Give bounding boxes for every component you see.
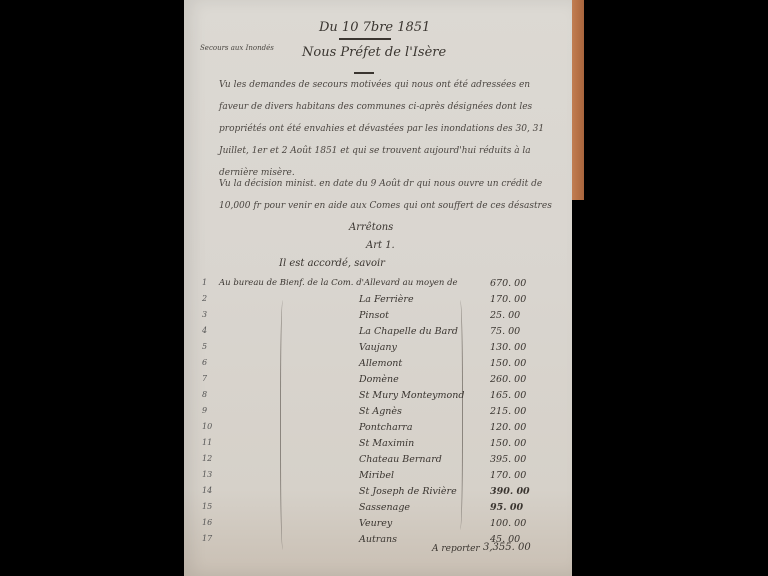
table-row: 15 Sassenage 95. 00 <box>184 502 572 518</box>
table-row: 10 Pontcharra 120. 00 <box>184 422 572 438</box>
table-row: 6 Allemont 150. 00 <box>184 358 572 374</box>
table-row: 3 Pinsot 25. 00 <box>184 310 572 326</box>
table-row: 13 Miribel 170. 00 <box>184 470 572 486</box>
accorde-line: Il est accordé, savoir <box>279 258 385 269</box>
paragraph-2: Vu la décision minist. en date du 9 Août… <box>219 173 559 217</box>
first-line-lead: Au bureau de Bienf. de la Com. d'Allevar… <box>219 278 458 288</box>
table-row: 8 St Mury Monteymond 165. 00 <box>184 390 572 406</box>
table-row: 1 Au bureau de Bienf. de la Com. d'Allev… <box>184 278 572 294</box>
document-page: Secours aux Inondés Du 10 7bre 1851 Nous… <box>184 0 572 576</box>
addressee: Nous Préfet de l'Isère <box>302 45 446 60</box>
arrete-heading: Arrêtons <box>349 222 393 233</box>
table-row: 12 Chateau Bernard 395. 00 <box>184 454 572 470</box>
table-row: 11 St Maximin 150. 00 <box>184 438 572 454</box>
paragraph-1: Vu les demandes de secours motivées qui … <box>219 74 559 184</box>
table-row: 2 La Ferrière 170. 00 <box>184 294 572 310</box>
document-date: Du 10 7bre 1851 <box>319 20 430 35</box>
margin-note: Secours aux Inondés <box>200 44 274 52</box>
table-row: 7 Domène 260. 00 <box>184 374 572 390</box>
total-label: A reporter <box>432 544 480 554</box>
table-row: 5 Vaujany 130. 00 <box>184 342 572 358</box>
article-heading: Art 1. <box>366 240 395 251</box>
table-row: 9 St Agnès 215. 00 <box>184 406 572 422</box>
total-amount: 3,355. 00 <box>483 542 531 553</box>
table-row: 4 La Chapelle du Bard 75. 00 <box>184 326 572 342</box>
table-row: 16 Veurey 100. 00 <box>184 518 572 534</box>
table-row: 14 St Joseph de Rivière 390. 00 <box>184 486 572 502</box>
date-underline <box>339 38 391 40</box>
